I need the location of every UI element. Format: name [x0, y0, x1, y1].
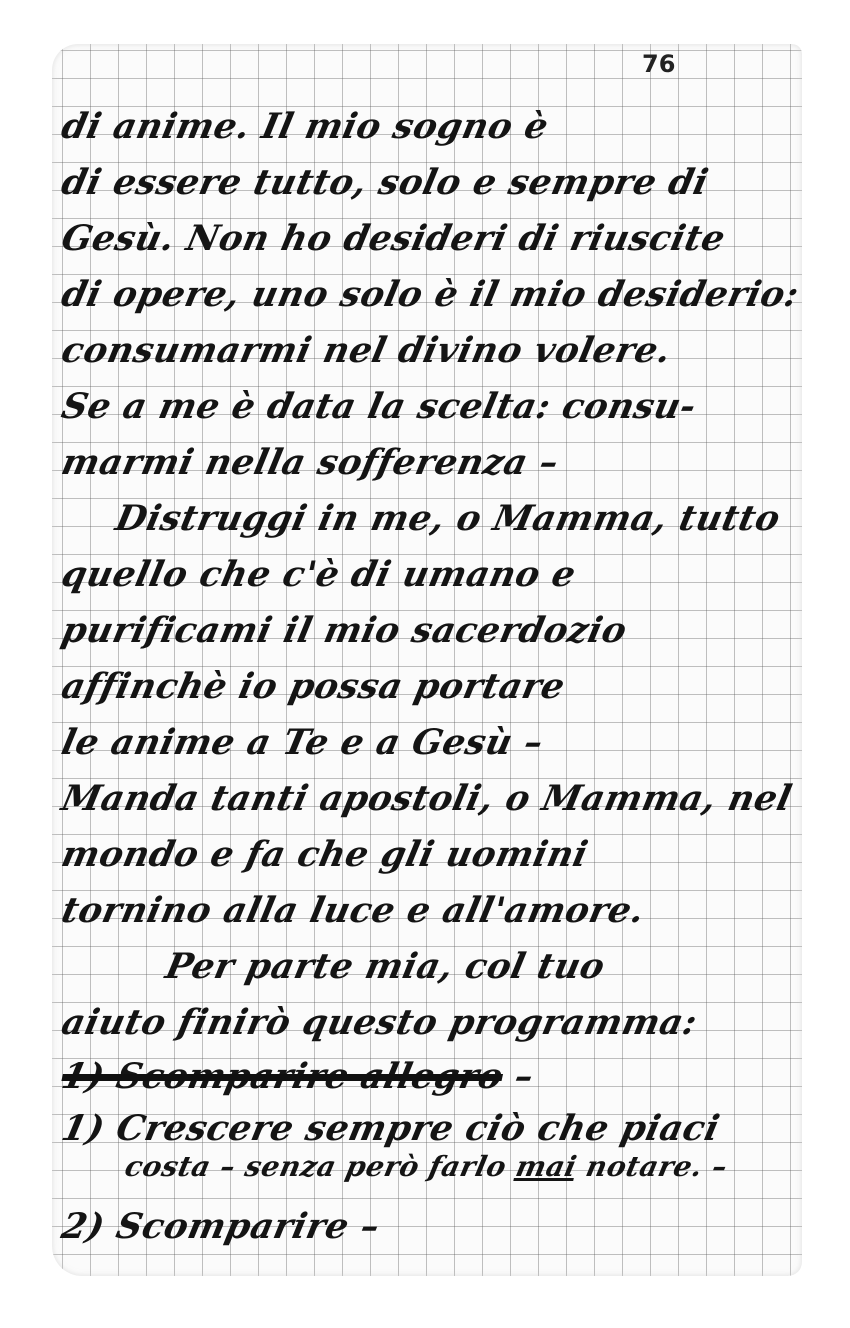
- program-item-1: 1) Crescere sempre ciò che piaci: [58, 1108, 723, 1149]
- handwritten-line: tornino alla luce e all'amore.: [58, 890, 648, 931]
- item-number: 1): [58, 1108, 109, 1149]
- handwritten-line: Per parte mia, col tuo: [162, 946, 609, 987]
- handwritten-line: mondo e fa che gli uomini: [58, 834, 592, 875]
- handwritten-line: affinchè io possa portare: [58, 666, 569, 707]
- handwritten-line: Distruggi in me, o Mamma, tutto: [112, 498, 784, 539]
- handwritten-line: consumarmi nel divino volere.: [58, 330, 675, 371]
- item-number: 2): [58, 1206, 109, 1247]
- underlined-word: mai: [513, 1150, 580, 1183]
- struck-out-item: 1) Scomparire allegro –: [58, 1056, 538, 1097]
- item-text: Scomparire –: [113, 1206, 384, 1247]
- notebook-page: 76 di anime. Il mio sogno è di essere tu…: [52, 44, 802, 1276]
- handwritten-line: Manda tanti apostoli, o Mamma, nel: [58, 778, 796, 819]
- handwritten-line: quello che c'è di umano e: [58, 554, 580, 595]
- program-item-1-continuation: costa – senza però farlo mai notare. –: [122, 1150, 731, 1183]
- handwritten-line: le anime a Te e a Gesù –: [58, 722, 547, 763]
- handwritten-line: di essere tutto, solo e sempre di: [58, 162, 712, 203]
- program-item-2: 2) Scomparire –: [58, 1206, 384, 1247]
- item-text: notare. –: [573, 1150, 731, 1183]
- handwritten-line: marmi nella sofferenza –: [58, 442, 562, 483]
- handwritten-line: Gesù. Non ho desideri di riuscite: [58, 218, 729, 259]
- handwritten-line: di anime. Il mio sogno è: [58, 106, 552, 147]
- handwritten-line: di opere, uno solo è il mio desiderio:: [58, 274, 803, 315]
- page-number: 76: [642, 50, 675, 78]
- handwritten-line: aiuto finirò questo programma:: [58, 1002, 701, 1043]
- handwritten-line: Se a me è data la scelta: consu-: [58, 386, 700, 427]
- struck-text: 1) Scomparire allegro: [58, 1056, 507, 1097]
- dash: –: [511, 1056, 538, 1097]
- item-text: Crescere sempre ciò che piaci: [113, 1108, 724, 1149]
- handwritten-line: purificami il mio sacerdozio: [58, 610, 631, 651]
- item-text: costa – senza però farlo: [122, 1150, 520, 1183]
